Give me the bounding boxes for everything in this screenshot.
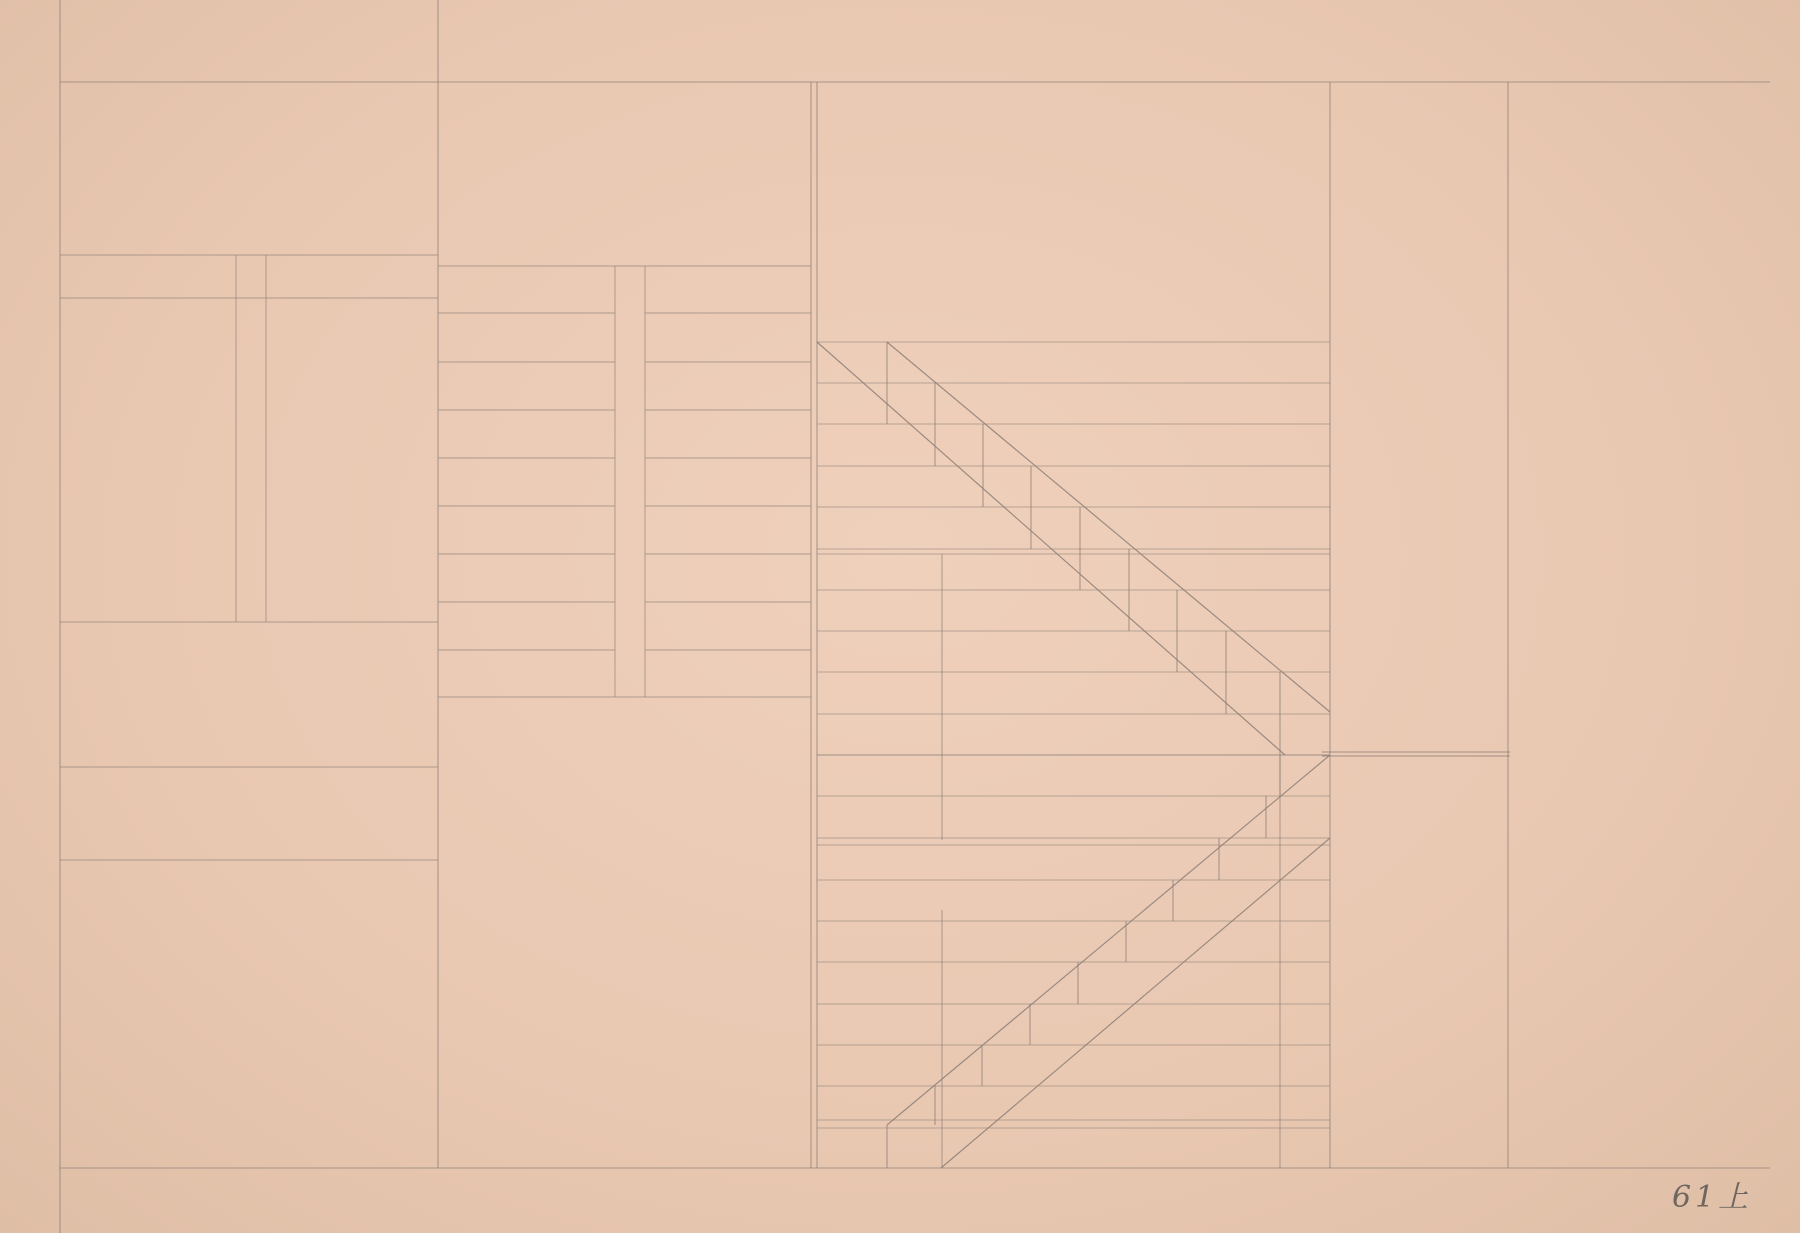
stair_lower-soffit-line xyxy=(941,838,1330,1168)
staircase-drawing xyxy=(0,0,1800,1233)
drawing-sheet: 61上 xyxy=(0,0,1800,1233)
stair_upper-nosing-line xyxy=(887,342,1330,712)
sheet-number-annotation: 61上 xyxy=(1672,1172,1752,1216)
stair_lower-nosing-line xyxy=(887,755,1330,1125)
